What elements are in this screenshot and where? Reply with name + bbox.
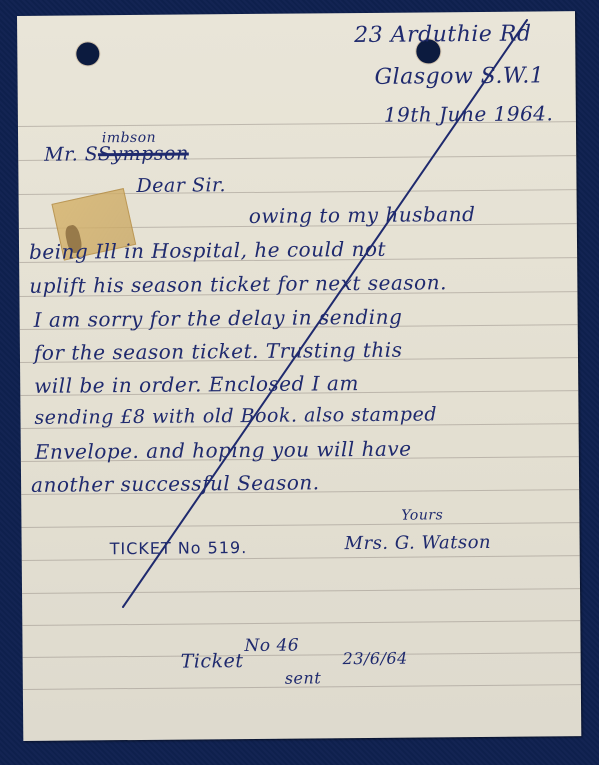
salutation: Dear Sir.: [136, 174, 226, 197]
body-line-1: owing to my husband: [249, 202, 476, 228]
recipient-name-correction: imbson: [102, 130, 156, 146]
letter-date: 19th June 1964.: [384, 101, 554, 126]
body-line-2: being Ill in Hospital, he could not: [29, 237, 386, 264]
signature: Mrs. G. Watson: [345, 532, 492, 554]
recipient-name-wrap: Sympsonimbson: [98, 143, 189, 166]
recipient-line: Mr. SSympsonimbson: [44, 143, 189, 166]
annotation-number: No 46: [244, 636, 299, 656]
body-line-5: for the season ticket. Trusting this: [34, 338, 403, 365]
body-line-8: Envelope. and hoping you will have: [35, 437, 412, 464]
ticket-reference: TICKET No 519.: [110, 538, 248, 558]
ruled-line: [22, 588, 580, 594]
annotation-date: 23/6/64: [343, 649, 408, 669]
annotation-ticket: Ticket: [181, 650, 244, 673]
recipient-initial: S: [85, 143, 98, 165]
annotation-sent: sent: [285, 668, 322, 687]
ruled-line: [23, 652, 581, 658]
body-line-7: sending £8 with old Book. also stamped: [34, 403, 437, 429]
address-line-2: Glasgow S.W.1: [374, 63, 544, 89]
letter-paper: 23 Arduthie Rd Glasgow S.W.1 19th June 1…: [17, 11, 581, 741]
body-line-6: will be in order. Enclosed I am: [34, 371, 359, 398]
punch-hole-left: [76, 42, 99, 65]
closing: Yours: [401, 507, 443, 523]
body-line-3: uplift his season ticket for next season…: [29, 270, 447, 298]
address-line-1: 23 Arduthie Rd: [354, 22, 532, 49]
recipient-prefix: Mr.: [44, 143, 78, 165]
body-line-4: I am sorry for the delay in sending: [34, 305, 403, 332]
body-line-9: another successful Season.: [31, 470, 320, 497]
ruled-line: [22, 620, 580, 626]
ruled-line: [22, 555, 580, 561]
ruled-line: [21, 522, 579, 528]
